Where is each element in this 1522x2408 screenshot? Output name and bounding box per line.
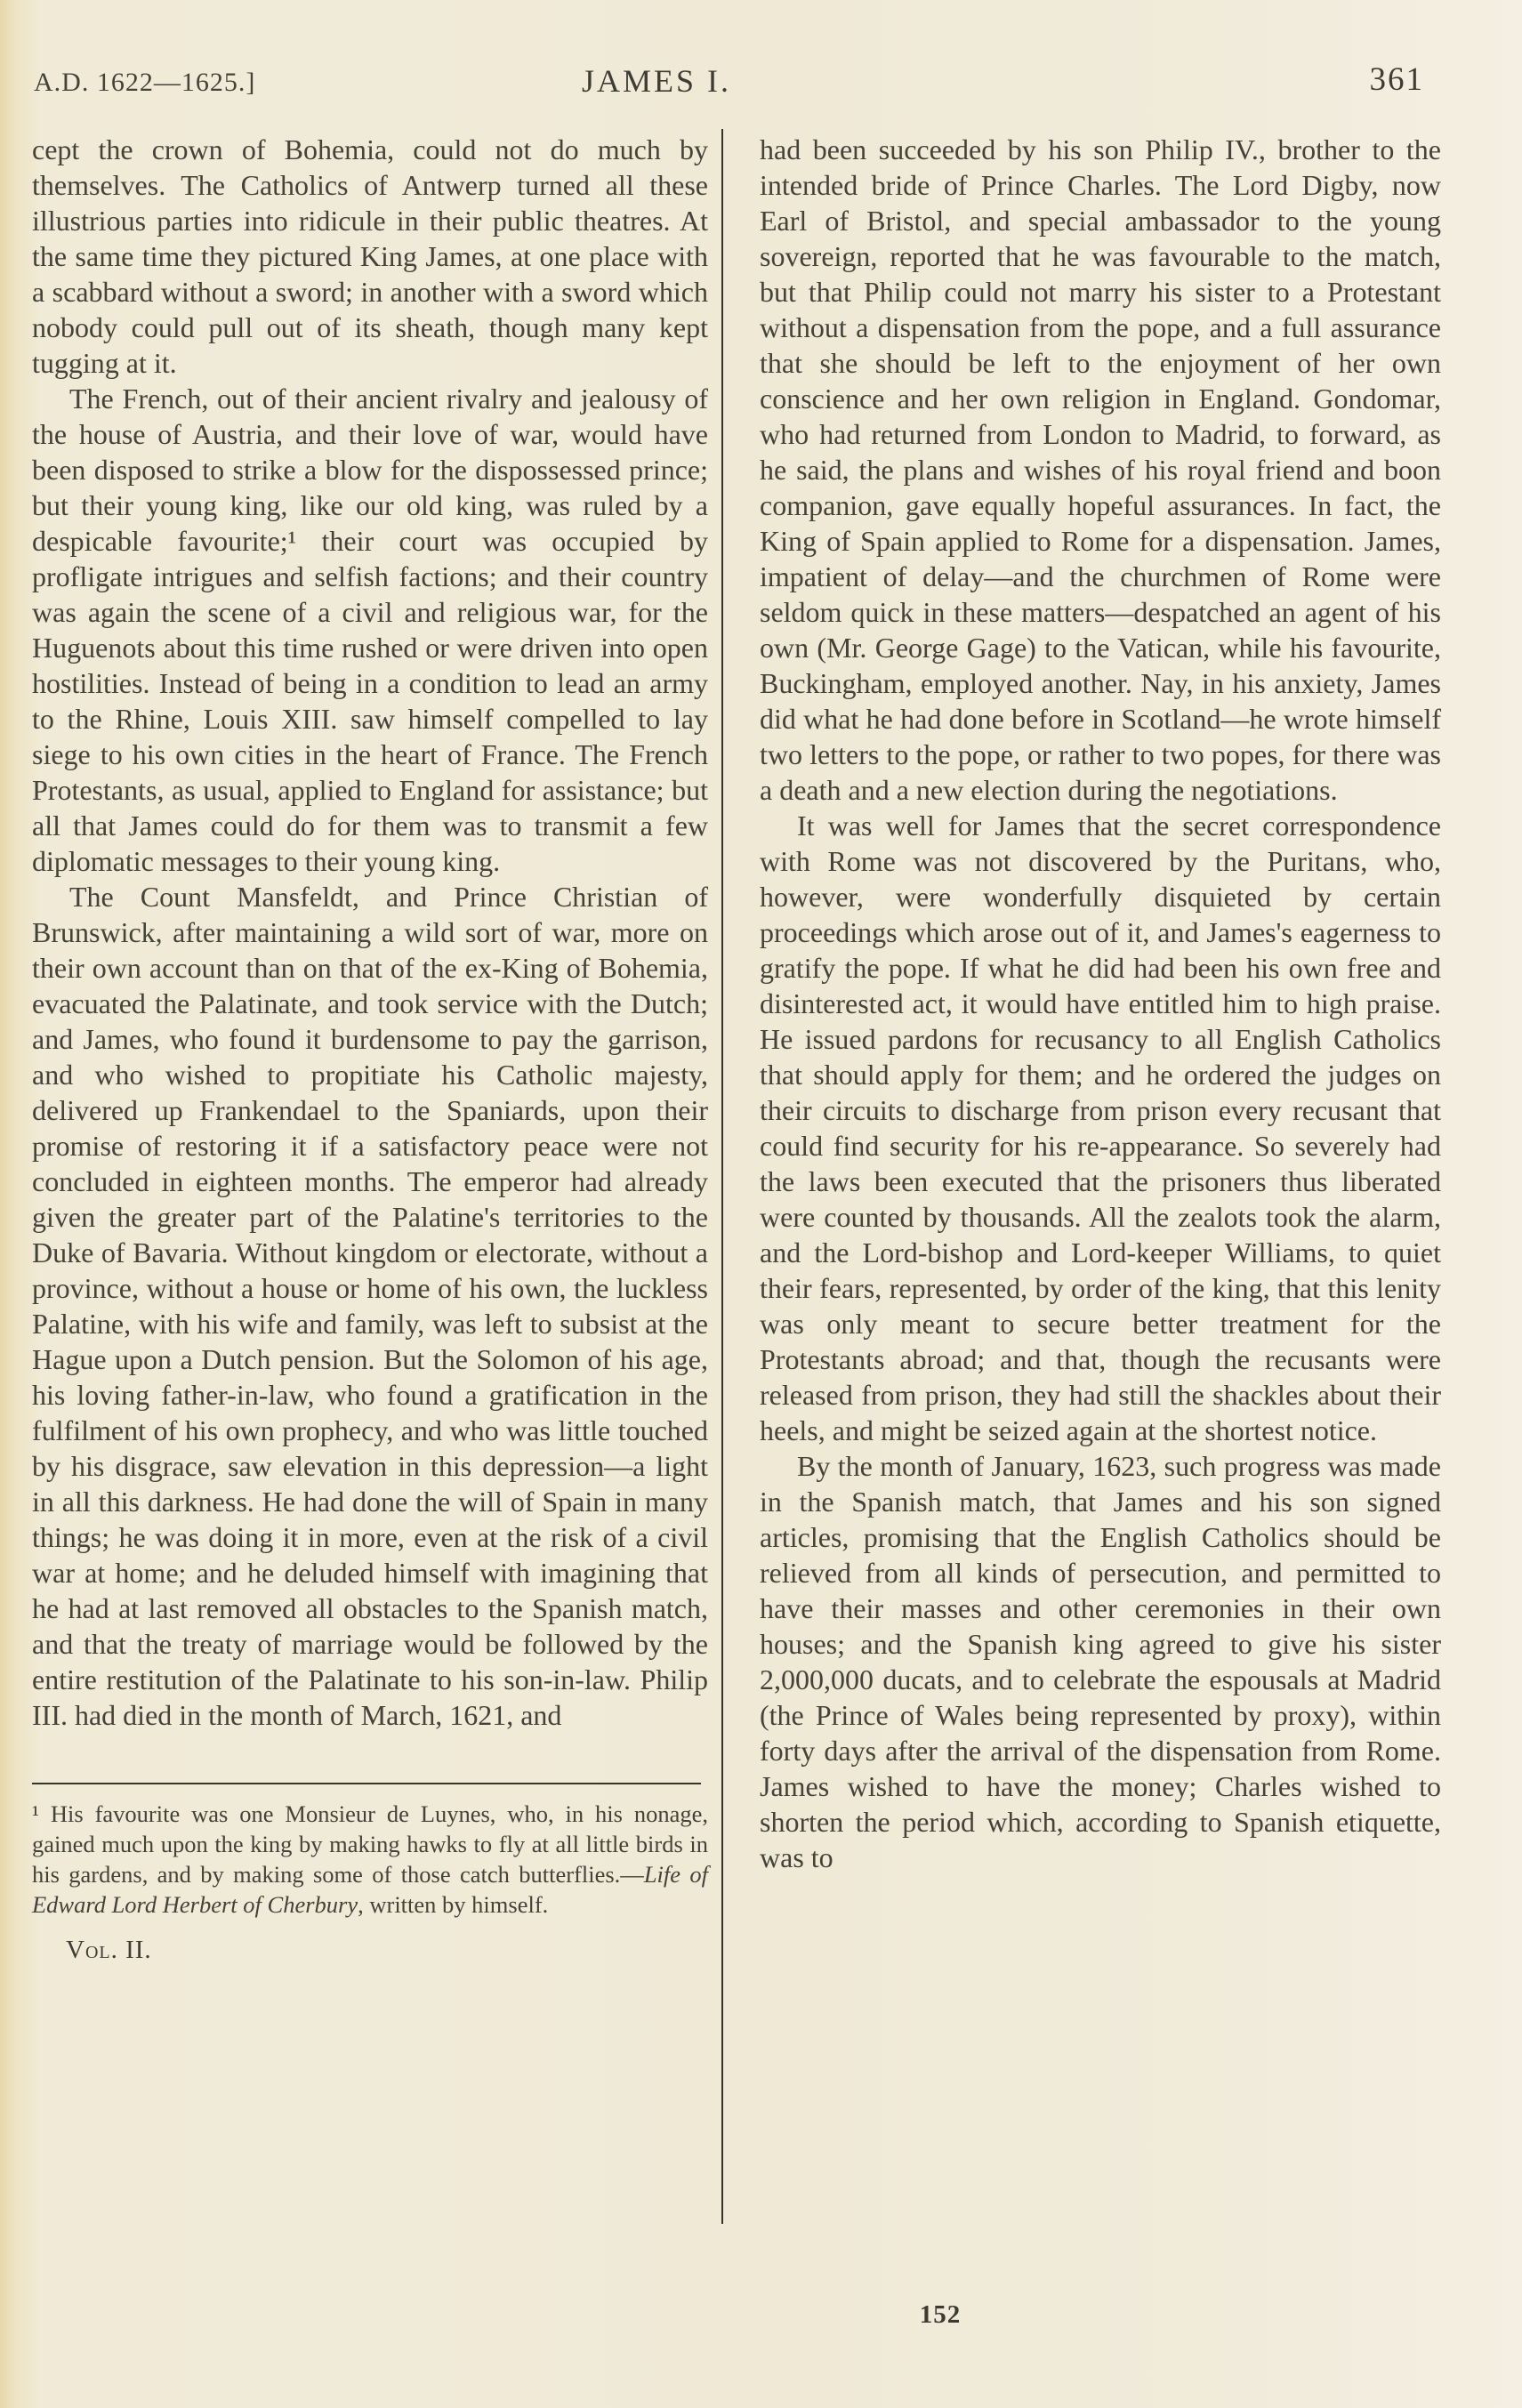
- running-title: JAMES I.: [582, 62, 731, 100]
- paragraph: The French, out of their ancient rivalry…: [32, 381, 708, 879]
- volume-label: Vol. II.: [66, 1932, 708, 1968]
- paragraph: had been succeeded by his son Philip IV.…: [760, 132, 1441, 808]
- page-number: 361: [1370, 60, 1425, 99]
- paragraph: It was well for James that the secret co…: [760, 808, 1441, 1448]
- signature-mark: 152: [920, 2300, 962, 2330]
- footnote-block: ¹ His favourite was one Monsieur de Luyn…: [32, 1783, 708, 1968]
- footnote-part1: ¹ His favourite was one Monsieur de Luyn…: [32, 1800, 708, 1888]
- column-divider-rule: [721, 129, 723, 2224]
- paragraph: By the month of January, 1623, such prog…: [760, 1448, 1441, 1875]
- paragraph: The Count Mansfeldt, and Prince Christia…: [32, 879, 708, 1733]
- header-date-range: A.D. 1622—1625.]: [34, 68, 255, 98]
- right-column: had been succeeded by his son Philip IV.…: [760, 132, 1441, 1875]
- book-page: A.D. 1622—1625.] JAMES I. 361 cept the c…: [0, 0, 1522, 2408]
- paragraph: cept the crown of Bohemia, could not do …: [32, 132, 708, 381]
- footnote-part2: , written by himself.: [358, 1891, 548, 1918]
- running-header: A.D. 1622—1625.] JAMES I. 361: [34, 59, 1424, 101]
- footnote-separator-rule: [32, 1783, 701, 1784]
- left-column: cept the crown of Bohemia, could not do …: [32, 132, 708, 1968]
- footnote-text: ¹ His favourite was one Monsieur de Luyn…: [32, 1799, 708, 1920]
